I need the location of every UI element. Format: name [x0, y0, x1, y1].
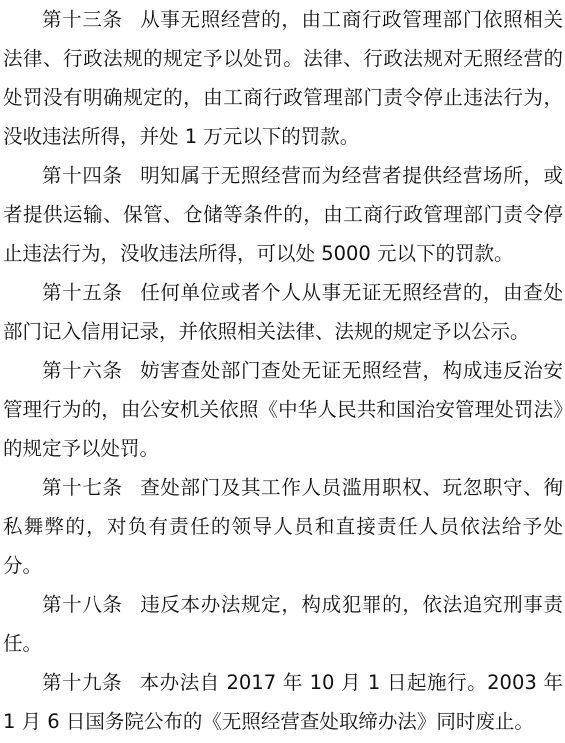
article-number: 第十六条 [42, 359, 123, 382]
article-number: 第十三条 [42, 8, 123, 31]
regulation-document: 第十三条从事无照经营的，由工商行政管理部门依照相关法律、行政法规的规定予以处罚。… [3, 0, 563, 741]
article-number: 第十五条 [42, 281, 123, 304]
article-18: 第十八条违反本办法规定，构成犯罪的，依法追究刑事责任。 [3, 585, 563, 663]
article-number: 第十九条 [42, 671, 122, 694]
article-17: 第十七条查处部门及其工作人员滥用职权、玩忽职守、徇私舞弊的，对负有责任的领导人员… [3, 468, 563, 585]
article-number: 第十四条 [42, 164, 123, 187]
article-13: 第十三条从事无照经营的，由工商行政管理部门依照相关法律、行政法规的规定予以处罚。… [3, 0, 563, 156]
article-15: 第十五条任何单位或者个人从事无证无照经营的，由查处部门记入信用记录，并依照相关法… [3, 273, 563, 351]
article-16: 第十六条妨害查处部门查处无证无照经营，构成违反治安管理行为的，由公安机关依照《中… [3, 351, 563, 468]
article-14: 第十四条明知属于无照经营而为经营者提供经营场所，或者提供运输、保管、仓储等条件的… [3, 156, 563, 273]
article-number: 第十七条 [42, 476, 123, 499]
article-number: 第十八条 [42, 593, 123, 616]
article-19: 第十九条本办法自 2017 年 10 月 1 日起施行。2003 年 1 月 6… [3, 663, 563, 741]
